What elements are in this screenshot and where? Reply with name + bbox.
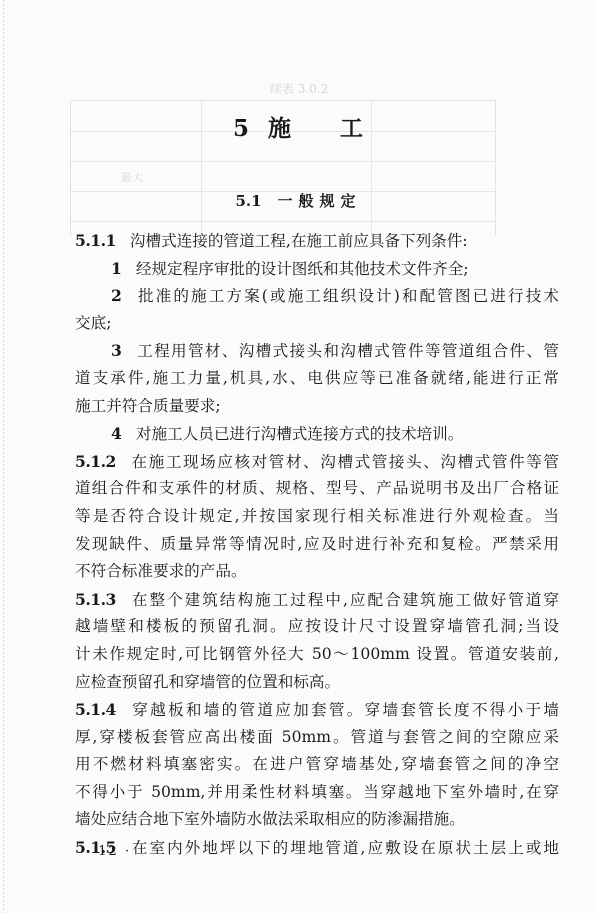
section-title-text: 一般规定 [278,192,362,210]
clause-line: 5.1.5在室内外地坪以下的埋地管道,应敷设在原状土层上或地 [75,834,559,862]
chapter-number: 5 [233,115,250,142]
text-line: 施工并符合质量要求; [75,393,559,421]
text-line: 道组合件和支承件的材质、规格、型号、产品说明书及出厂合格证 [75,475,559,503]
page-number: · 12 · [86,844,131,859]
section-title: 5.1一般规定 [0,190,597,211]
chapter-title-char: 施 [268,115,292,142]
chapter-title: 5施工 [0,110,597,143]
clause-number: 5.1.1 [75,231,116,250]
document-body: 5.1.1沟槽式连接的管道工程,在施工前应具备下列条件: 1经规定程序审批的设计… [75,227,559,862]
text-line: 厚,穿楼板套管应高出楼面 50mm。管道与套管之间的空隙应采 [75,724,559,752]
bleed-cell: 最大 [121,169,143,185]
item-line: 1经规定程序审批的设计图纸和其他技术文件齐全; [75,255,559,283]
clause-line: 5.1.3在整个建筑结构施工过程中,应配合建筑施工做好管道穿 [75,586,559,614]
chapter-title-char: 工 [340,115,364,142]
clause-number: 5.1.4 [75,700,116,719]
text-line: 道支承件,施工力量,机具,水、电供应等已准备就绪,能进行正常 [75,365,559,393]
item-line: 4对施工人员已进行沟槽式连接方式的技术培训。 [75,420,559,448]
item-number: 3 [111,337,122,365]
clause-number: 5.1.3 [75,590,116,609]
bleed-through-caption: 续表 3.0.2 [270,80,328,97]
item-number: 4 [111,420,122,448]
text-line: 应检查预留孔和穿墙管的位置和标高。 [75,669,559,697]
text-line: 发现缺件、质量异常等情况时,应及时进行补充和复检。严禁采用 [75,531,559,559]
item-line: 2批准的施工方案(或施工组织设计)和配管图已进行技术 [75,282,559,310]
text-line: 不得小于 50mm,并用柔性材料填塞。当穿越地下室外墙时,在穿 [75,779,559,807]
item-line: 3工程用管材、沟槽式接头和沟槽式管件等管道组合件、管 [75,337,559,365]
text-line: 不符合标准要求的产品。 [75,558,559,586]
text-line: 交底; [75,310,559,338]
text-line: 用不燃材料填塞密实。在进户管穿墙基处,穿墙套管之间的净空 [75,751,559,779]
item-number: 2 [111,282,122,310]
item-number: 1 [111,255,122,283]
clause-number: 5.1.2 [75,452,116,471]
section-number: 5.1 [235,192,261,210]
clause-line: 5.1.1沟槽式连接的管道工程,在施工前应具备下列条件: [75,227,559,255]
text-line: 墙处应结合地下室外墙防水做法采取相应的防渗漏措施。 [75,806,559,834]
text-line: 越墙壁和楼板的预留孔洞。应按设计尺寸设置穿墙管孔洞;当设 [75,613,559,641]
text-line: 计未作规定时,可比钢管外径大 50～100mm 设置。管道安装前, [75,641,559,669]
text-line: 等是否符合设计规定,并按国家现行相关标准进行外观检查。当 [75,503,559,531]
clause-line: 5.1.4穿越板和墙的管道应加套管。穿墙套管长度不得小于墙 [75,696,559,724]
clause-line: 5.1.2在施工现场应核对管材、沟槽式管接头、沟槽式管件等管 [75,448,559,476]
